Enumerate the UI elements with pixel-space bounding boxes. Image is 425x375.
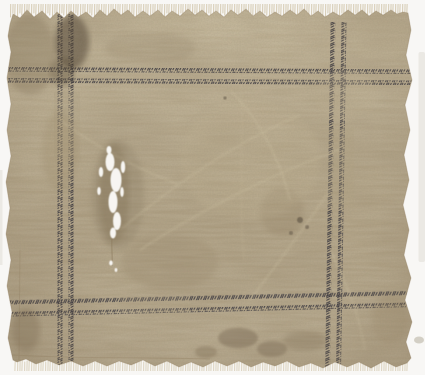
bottom-right-smudge — [414, 337, 424, 344]
textile-photo — [0, 0, 425, 375]
textile-fragment — [0, 0, 425, 375]
right-edge-object — [419, 52, 425, 262]
edge-vignette — [0, 0, 425, 375]
left-edge-object — [0, 170, 3, 265]
photo-frame — [0, 0, 425, 375]
